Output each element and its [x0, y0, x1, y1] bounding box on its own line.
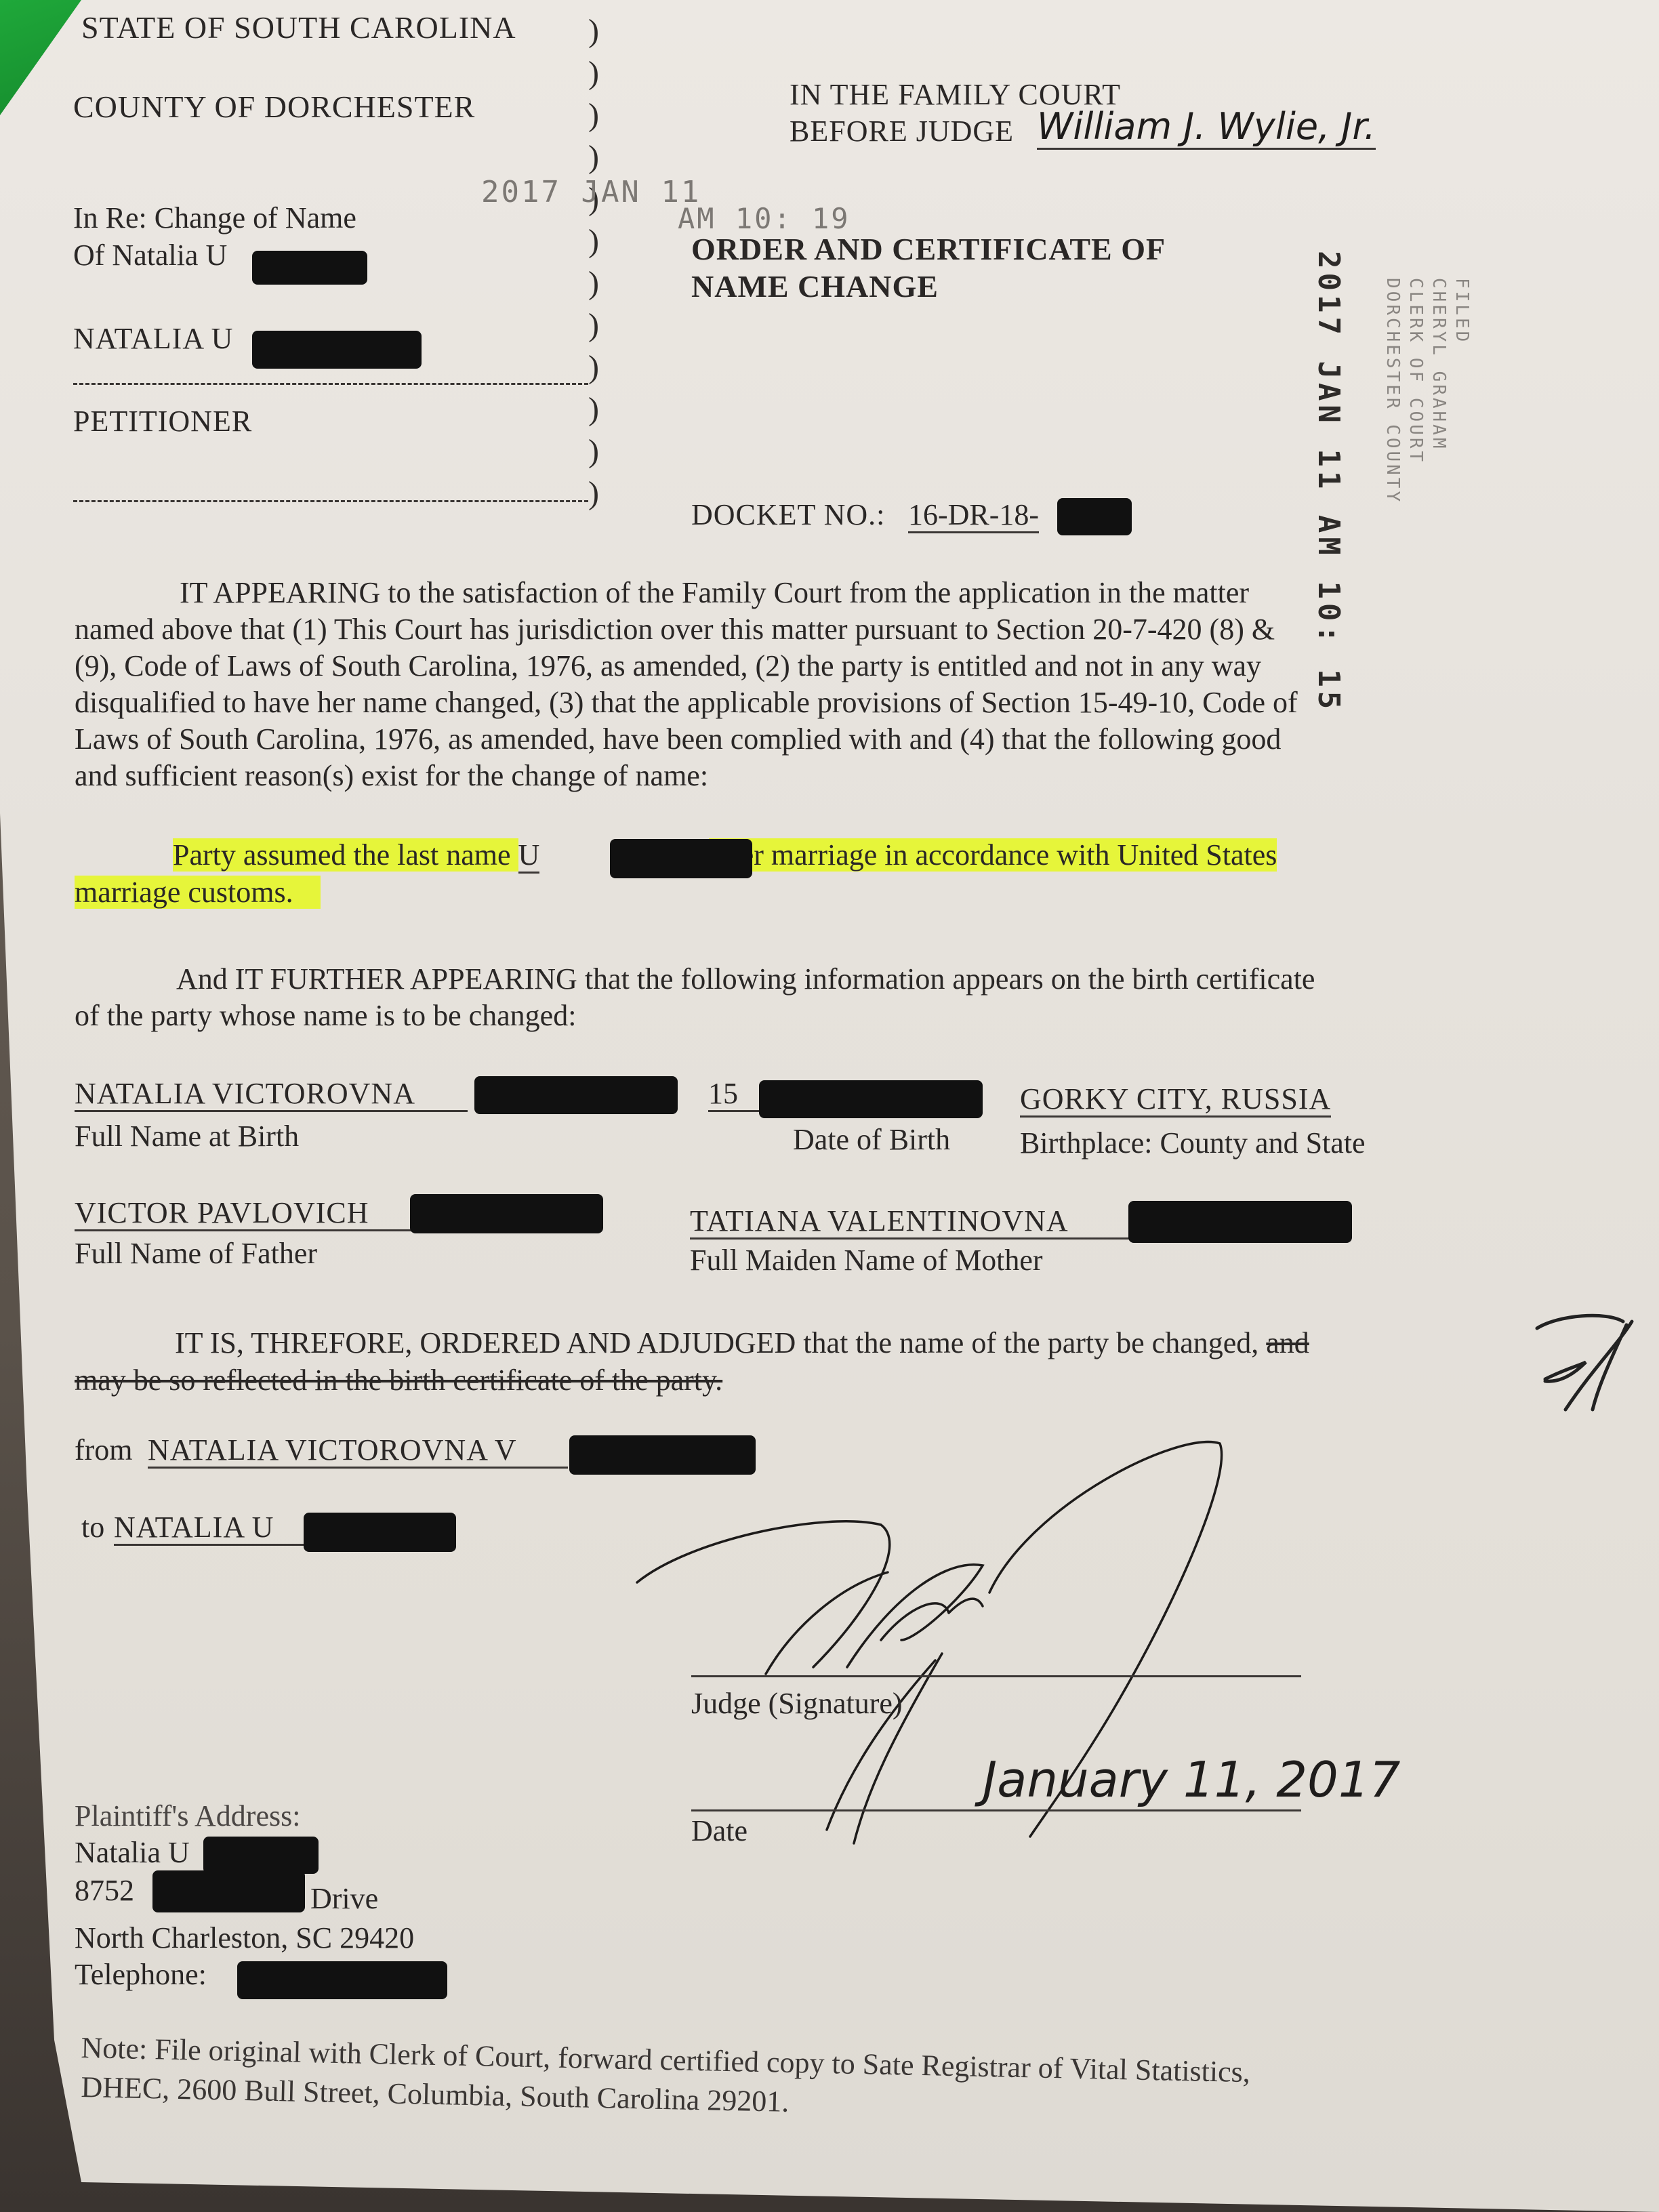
order-text: IT IS, THREFORE, ORDERED AND ADJUDGED th… [175, 1326, 1251, 1359]
findings-line: named above that (1) This Court has juri… [75, 611, 1275, 648]
findings-line: (9), Code of Laws of South Carolina, 197… [75, 648, 1261, 684]
order-struck-word: and [1266, 1326, 1309, 1359]
from-label: from [75, 1435, 133, 1465]
redaction-reason-surname [610, 839, 752, 878]
findings-line: Laws of South Carolina, 1976, as amended… [75, 721, 1281, 758]
redaction-telephone [237, 1961, 447, 1999]
vertical-filing-stamp: 2017 JAN 11 AM 10: 15 [1311, 251, 1346, 713]
redaction-surname-2 [252, 331, 422, 369]
plaintiff-city-state-zip: North Charleston, SC 29420 [75, 1923, 414, 1953]
findings-line: disqualified to have her name changed, (… [75, 684, 1298, 721]
redaction-mother-surname [1128, 1201, 1352, 1243]
redaction-to-surname [304, 1513, 456, 1552]
findings-line: and sufficient reason(s) exist for the c… [75, 758, 708, 794]
clerk-stamp-line: DORCHESTER COUNTY [1382, 278, 1403, 504]
plaintiff-telephone-label: Telephone: [75, 1960, 207, 1990]
clerk-stamp: FILED CHERYL GRAHAM CLERK OF COURT DORCH… [1382, 278, 1472, 504]
order-line1: IT IS, THREFORE, ORDERED AND ADJUDGED th… [175, 1325, 1309, 1361]
filing-stamp-date: 2017 JAN 11 [481, 175, 701, 209]
county-heading: COUNTY OF DORCHESTER [73, 91, 475, 123]
redaction-docket [1057, 498, 1132, 535]
reason-highlight-3: marriage customs. [75, 876, 321, 909]
filing-note-line2: DHEC, 2600 Bull Street, Columbia, South … [81, 2072, 790, 2117]
document-title-line2: NAME CHANGE [691, 271, 939, 302]
reason-highlight-2: after marriage in accordance with United… [709, 838, 1277, 872]
caption-divider-1 [73, 383, 588, 385]
state-heading: STATE OF SOUTH CAROLINA [81, 12, 516, 43]
full-name-at-birth-label: Full Name at Birth [75, 1122, 299, 1151]
findings-line: IT APPEARING to the satisfaction of the … [180, 575, 1249, 611]
date-label: Date [691, 1816, 747, 1846]
full-name-at-birth: NATALIA VICTOROVNA [75, 1079, 468, 1112]
from-name: NATALIA VICTOROVNA V [148, 1435, 568, 1469]
reason-surname: U [518, 838, 540, 874]
judge-name-handwritten: William J. Wylie, Jr. [1037, 108, 1376, 150]
petitioner-name: NATALIA U [73, 324, 233, 354]
docket-label: DOCKET NO.: [691, 500, 885, 530]
filing-stamp-time: AM 10: 19 [678, 202, 851, 235]
mother-name-label: Full Maiden Name of Mother [690, 1246, 1043, 1275]
signature-date-handwritten: January 11, 2017 [983, 1755, 1400, 1804]
birth-intro-line2: of the party whose name is to be changed… [75, 998, 576, 1034]
before-judge-label: BEFORE JUDGE [790, 117, 1014, 146]
order-line2-struck: may be so reflected in the birth certifi… [75, 1362, 722, 1399]
to-name: NATALIA U [114, 1513, 317, 1546]
reason-line2: marriage customs. [75, 874, 321, 911]
judge-signature-label: Judge (Signature) [691, 1689, 903, 1719]
birthplace-label: Birthplace: County and State [1020, 1128, 1366, 1158]
document-title-line1: ORDER AND CERTIFICATE OF [691, 234, 1166, 265]
redaction-father-surname [410, 1194, 603, 1233]
redaction-birth-date [759, 1080, 983, 1118]
birth-intro-line1: And IT FURTHER APPEARING that the follow… [176, 961, 1315, 998]
plaintiff-name: Natalia U [75, 1838, 190, 1868]
clerk-stamp-line: CHERYL GRAHAM [1429, 278, 1449, 504]
court-order-document: STATE OF SOUTH CAROLINA COUNTY OF DORCHE… [0, 0, 1659, 2212]
plaintiff-address-heading: Plaintiff's Address: [75, 1801, 300, 1831]
plaintiff-street-number: 8752 [75, 1876, 134, 1906]
birthplace: GORKY CITY, RUSSIA [1020, 1084, 1331, 1118]
judge-initials-icon [1532, 1301, 1640, 1416]
redaction-birth-surname [474, 1076, 678, 1114]
in-re-line2: Of Natalia U [73, 241, 227, 270]
father-name-label: Full Name of Father [75, 1239, 317, 1269]
date-of-birth-label: Date of Birth [793, 1125, 950, 1155]
in-re-line1: In Re: Change of Name [73, 203, 356, 233]
plaintiff-street-suffix: Drive [310, 1884, 378, 1914]
reason-highlight-1: Party assumed the last name [173, 838, 518, 872]
redaction-surname-1 [252, 251, 367, 285]
father-name: VICTOR PAVLOVICH [75, 1198, 413, 1231]
petitioner-label: PETITIONER [73, 407, 252, 436]
redaction-street-name [152, 1870, 305, 1912]
to-label: to [81, 1513, 104, 1542]
mother-name: TATIANA VALENTINOVNA [690, 1206, 1130, 1240]
caption-divider-2 [73, 500, 588, 502]
docket-number: 16-DR-18- [908, 500, 1039, 533]
judge-signature-line [691, 1675, 1301, 1677]
clerk-stamp-line: CLERK OF COURT [1406, 278, 1426, 504]
clerk-stamp-line: FILED [1452, 278, 1472, 504]
redaction-plaintiff-surname [203, 1837, 319, 1874]
date-line [691, 1809, 1301, 1811]
